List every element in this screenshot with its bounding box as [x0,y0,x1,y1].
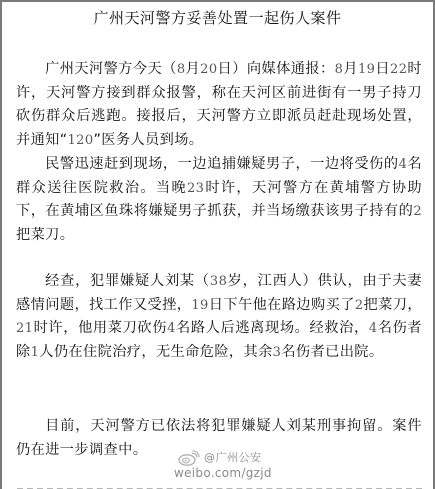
paragraph-1: 广州天河警方今天（8月20日）向媒体通报：8月19日22时许，天河警方接到群众报… [16,58,422,152]
article-frame: 广州天河警方妥善处置一起伤人案件 广州天河警方今天（8月20日）向媒体通报：8月… [0,0,435,489]
numeral: 120 [68,133,94,148]
numeral: 2 [355,298,364,313]
numeral: 21 [16,321,33,336]
paragraph-3: 经查，犯罪嫌疑人刘某（38岁，江西人）供认，由于夫妻感情问题，找工作又受挫，19… [16,270,422,364]
numeral: 19 [191,298,208,313]
numeral: 1 [31,345,40,360]
numeral: 22 [390,62,407,77]
text-run: 日 [375,61,390,77]
text-run: 民警迅速赶到现场，一边追捕嫌疑男子，一边将受伤的 [45,156,398,172]
numeral: 20 [200,62,217,77]
text-run: 人仍在住院治疗，无生命危险，其余 [39,344,272,360]
numeral: 19 [358,62,375,77]
text-run: 把菜刀， [364,297,422,313]
weibo-handle: @广州公安 [204,451,262,465]
text-run: 经查，犯罪嫌疑人刘某（ [45,273,210,289]
text-run: 月 [343,61,358,77]
numeral: 4 [369,321,378,336]
text-run: 日下午他在路边购买了 [209,297,355,313]
text-run: 名伤者已出院。 [281,344,383,360]
text-run: ”医务人员到场。 [94,132,204,148]
text-run: 月 [185,61,200,77]
weibo-watermark: @广州公安 weibo.com/gzjd [174,449,284,485]
numeral: 38 [210,274,227,289]
numeral: 4 [167,321,176,336]
numeral: 8 [335,62,344,77]
text-run: 时许，他用菜刀砍伤 [33,320,167,336]
paragraph-2: 民警迅速赶到现场，一边追捕嫌疑男子，一边将受伤的4名群众送往医院救治。当晚23时… [16,153,422,247]
text-run: 日）向媒体通报： [218,61,335,77]
text-run: 把菜刀。 [16,227,74,243]
numeral: 23 [187,181,204,196]
numeral: 2 [413,204,422,219]
article-title: 广州天河警方妥善处置一起伤人案件 [2,8,433,28]
text-run: 广州天河警方今天（ [45,61,177,77]
text-run: 名路人后逃离现场。经救治， [176,320,369,336]
weibo-logo-icon [178,450,200,466]
weibo-url: weibo.com/gzjd [174,466,272,480]
numeral: 4 [399,157,408,172]
